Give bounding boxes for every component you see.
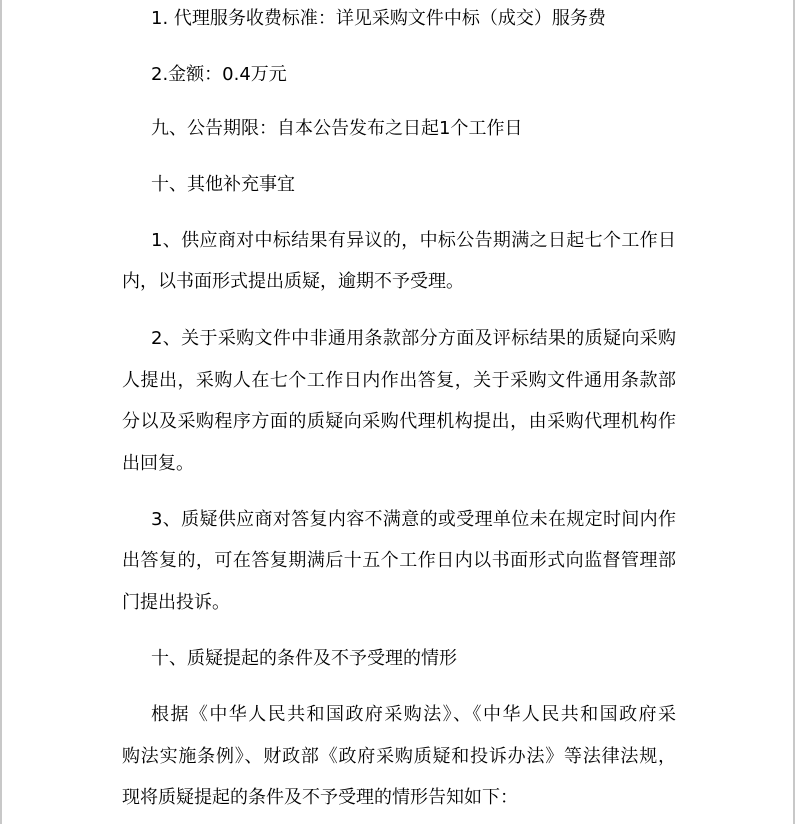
item-2-line-2: 人提出，采购人在七个工作日内作出答复，关于采购文件通用条款部 xyxy=(122,369,676,393)
legal-basis-line-3: 现将质疑提起的条件及不予受理的情形告知如下： xyxy=(122,786,518,810)
item-2-line-1: 2、关于采购文件中非通用条款部分方面及评标结果的质疑向采购 xyxy=(151,327,676,351)
item-1-line-1: 1、供应商对中标结果有异议的，中标公告期满之日起七个工作日 xyxy=(151,229,676,253)
item-1-line-2: 内，以书面形式提出质疑，逾期不予受理。 xyxy=(122,270,464,294)
item-3-line-2: 出答复的，可在答复期满后十五个工作日内以书面形式向监督管理部 xyxy=(122,549,676,573)
item-3-line-3: 门提出投诉。 xyxy=(122,591,230,615)
fee-amount-line: 2.金额：0.4万元 xyxy=(151,63,287,87)
item-3-line-1: 3、质疑供应商对答复内容不满意的或受理单位未在规定时间内作 xyxy=(151,508,676,532)
legal-basis-line-2: 购法实施条例》、财政部《政府采购质疑和投诉办法》等法律法规， xyxy=(122,745,676,769)
section-heading-objection-conditions: 十、质疑提起的条件及不予受理的情形 xyxy=(151,647,457,671)
document-page: 1. 代理服务收费标准：详见采购文件中标（成交）服务费 2.金额：0.4万元 九… xyxy=(0,0,795,824)
notice-period-line: 九、公告期限：自本公告发布之日起1个工作日 xyxy=(151,117,522,141)
section-heading-other-matters: 十、其他补充事宜 xyxy=(151,173,295,197)
legal-basis-line-1: 根据《中华人民共和国政府采购法》、《中华人民共和国政府采 xyxy=(151,703,676,727)
item-2-line-4: 出回复。 xyxy=(122,452,194,476)
fee-standard-line: 1. 代理服务收费标准：详见采购文件中标（成交）服务费 xyxy=(151,7,606,31)
item-2-line-3: 分以及采购程序方面的质疑向采购代理机构提出，由采购代理机构作 xyxy=(122,410,676,434)
